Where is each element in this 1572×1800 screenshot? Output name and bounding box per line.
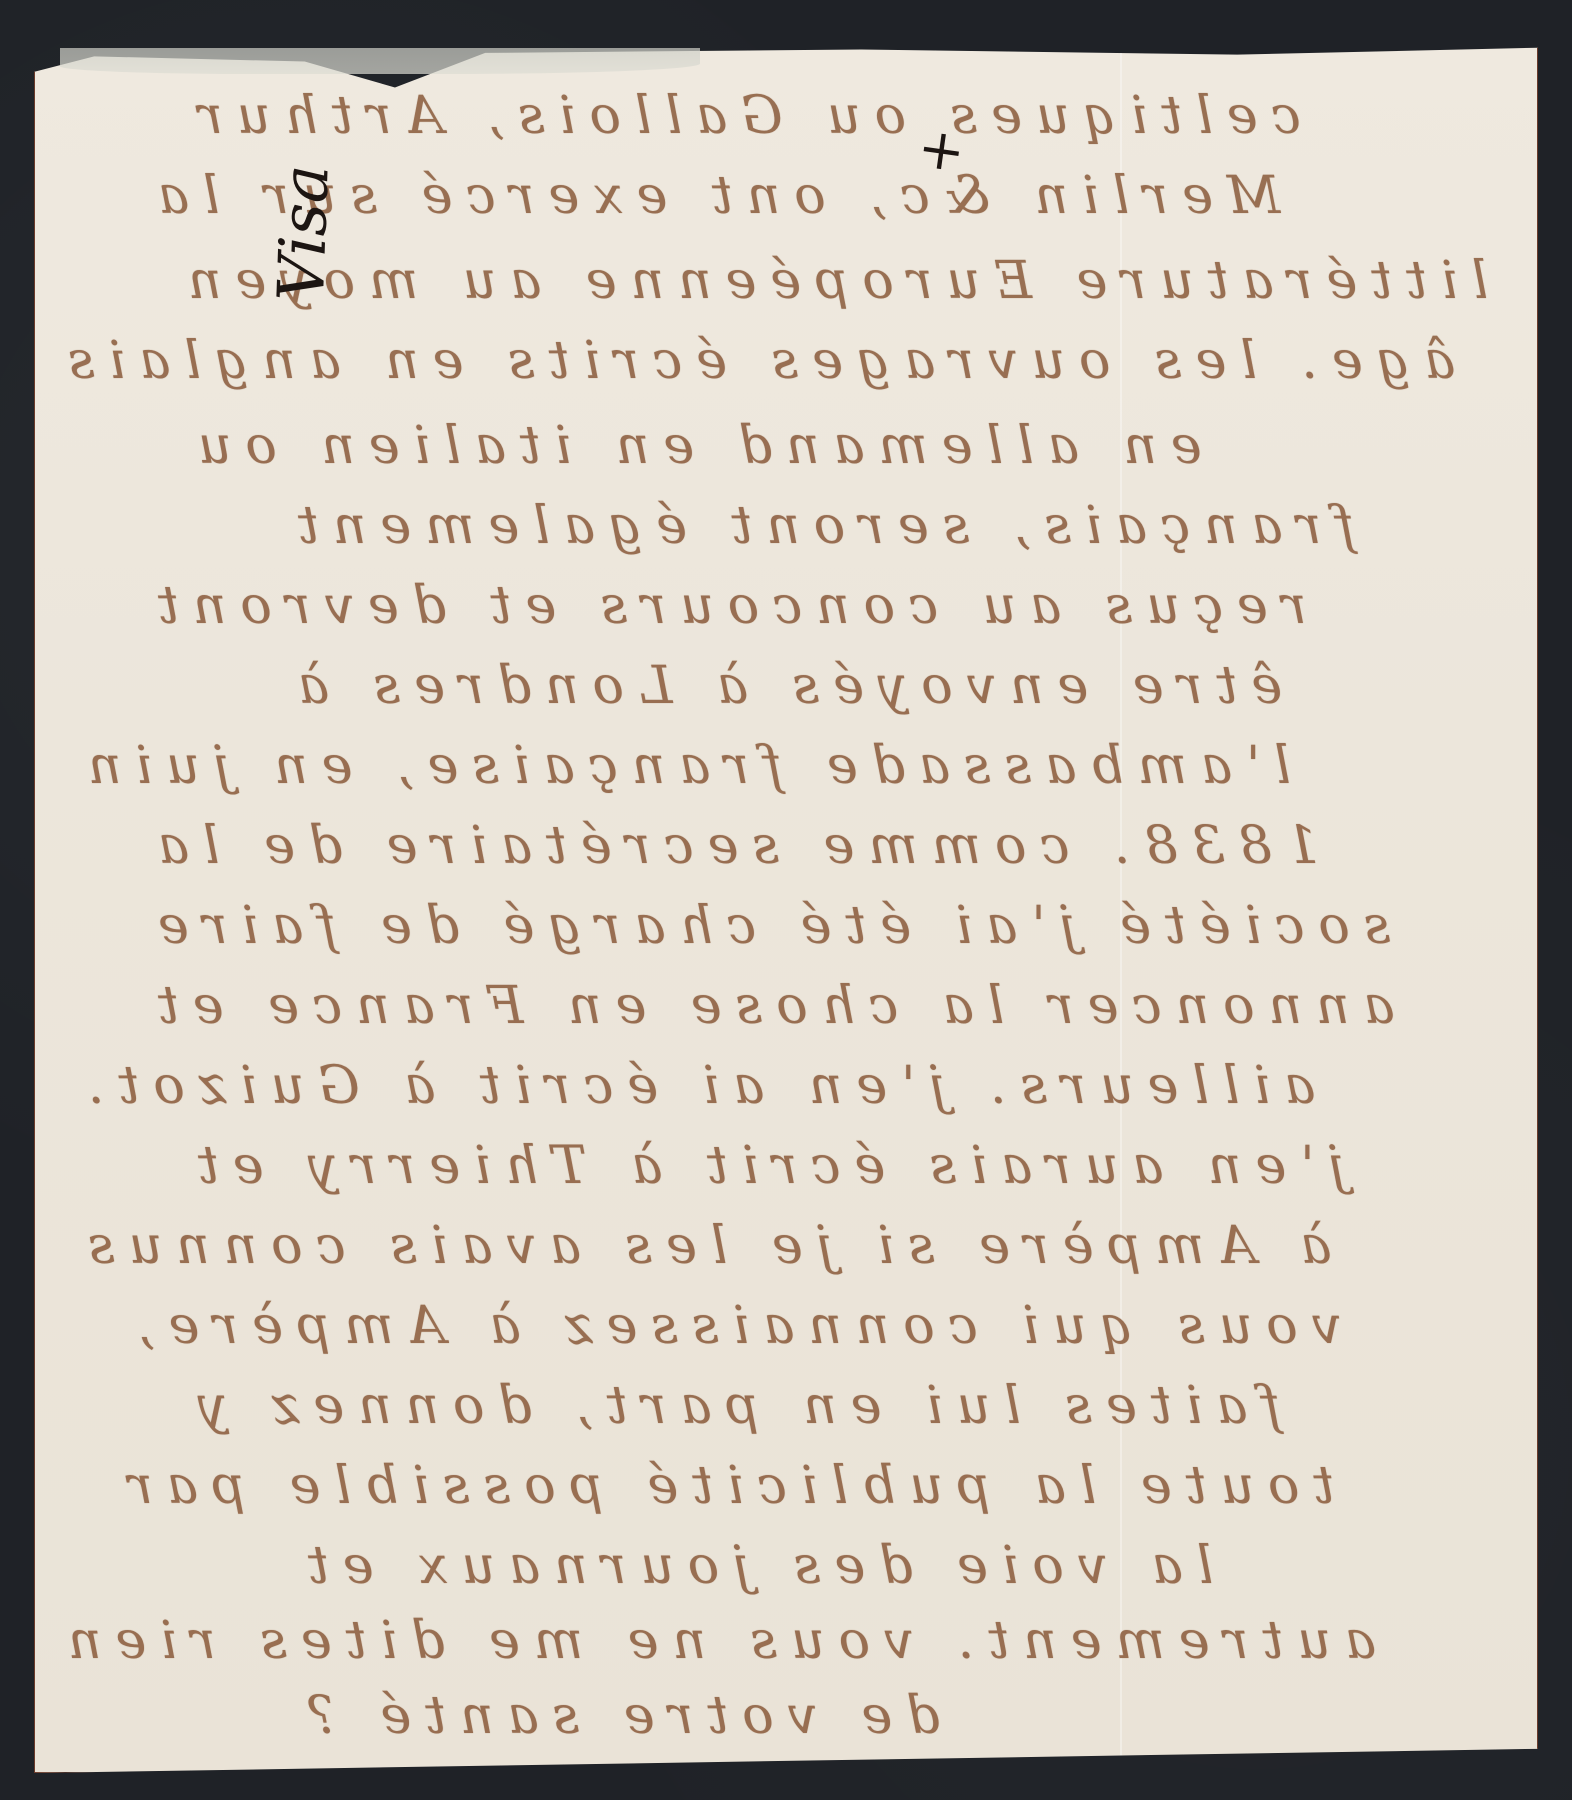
text-line: annoncer la chose en France et	[144, 976, 1394, 1036]
handwritten-text-block: celtiques ou Gallois, Arthur Merlin &c, …	[34, 46, 1538, 1773]
text-line: âge. les ouvrages écrits en anglais	[54, 331, 1455, 391]
text-line: faites lui en part, donnez y	[184, 1376, 1281, 1436]
text-line: l'ambassade française, en juin	[74, 736, 1291, 796]
text-line: à Ampère si je les avais connus	[74, 1216, 1331, 1276]
signature-annotation: Visa	[265, 163, 344, 302]
text-line: français, seront également	[284, 496, 1355, 556]
text-line: littérature Européenne au moyen	[174, 251, 1488, 311]
text-line: de votre santé ?	[294, 1686, 940, 1746]
text-line: en allemand en italien ou	[184, 416, 1202, 476]
text-line: celtiques ou Gallois, Arthur	[184, 86, 1301, 146]
text-line: la voie des journaux et	[294, 1536, 1213, 1596]
text-line: autrement. vous ne me dites rien	[54, 1611, 1376, 1671]
text-line: vous qui connaissez à Ampère,	[124, 1296, 1341, 1356]
text-line: j'en aurais écrit à Thierry et	[184, 1136, 1345, 1196]
text-line: être envoyés à Londres à	[284, 656, 1282, 716]
text-line: reçus au concours et devront	[144, 576, 1307, 636]
text-line: ailleurs. j'en ai écrit à Guizot.	[74, 1056, 1315, 1116]
text-line: toute la publicité possible par	[114, 1456, 1334, 1516]
cross-mark-annotation: +	[914, 115, 970, 186]
text-line: 1838. comme secrétaire de la	[144, 816, 1319, 876]
text-line: société j'ai été chargé de faire	[144, 896, 1390, 956]
